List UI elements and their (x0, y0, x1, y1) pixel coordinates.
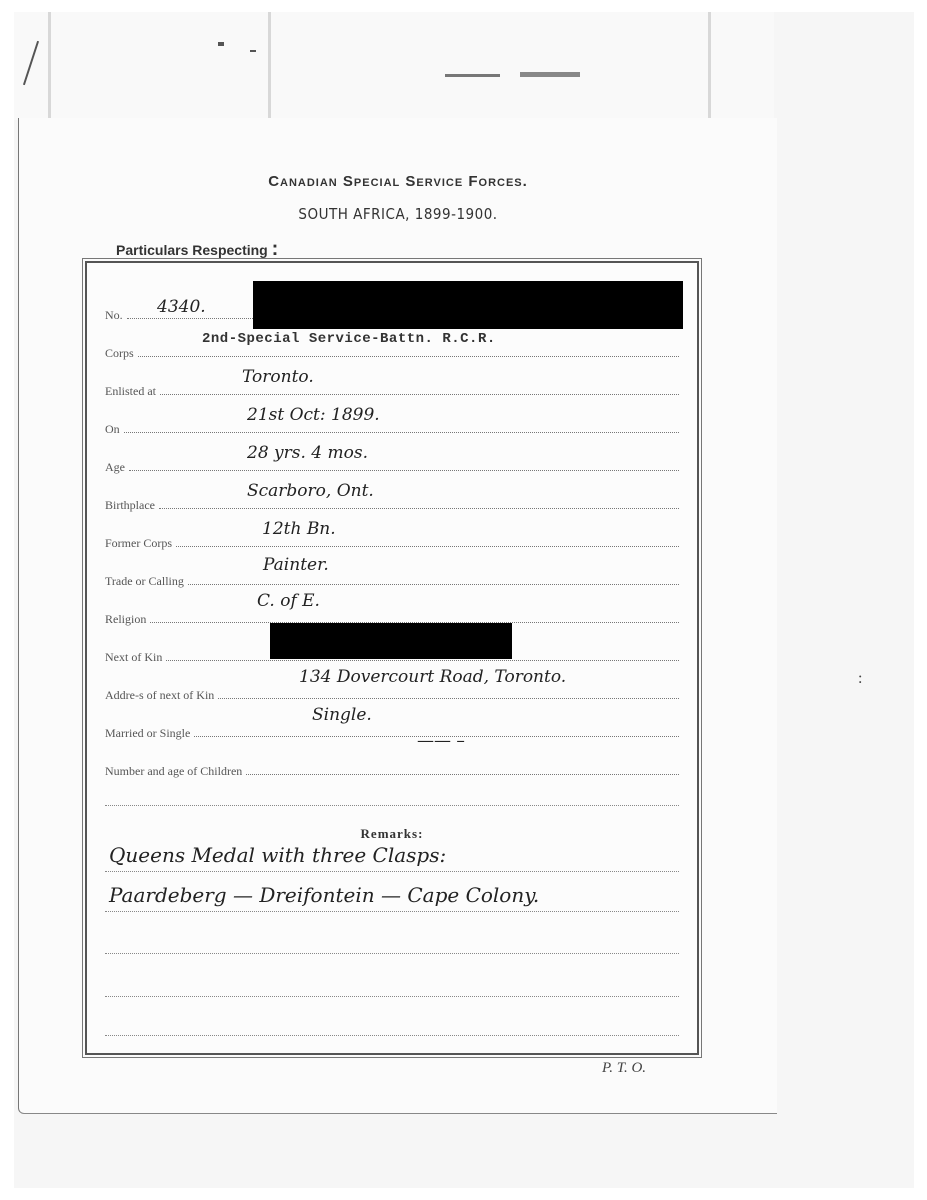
field-label: Enlisted at (105, 384, 160, 399)
remarks-line-1: Queens Medal with three Clasps: (109, 843, 446, 867)
ruled-line (105, 805, 679, 806)
field-label: Corps (105, 346, 138, 361)
ruled-line (105, 871, 679, 872)
ink-spot (218, 42, 224, 46)
ruled-line (105, 953, 679, 954)
fold-line (48, 12, 51, 118)
enlisted-at-value: Toronto. (242, 367, 314, 387)
redaction-bar (253, 281, 683, 329)
bleed-through (445, 74, 500, 77)
field-row-birthplace: Birthplace (105, 491, 679, 513)
ruled-line (105, 1035, 679, 1036)
form-title: Canadian Special Service Forces. (19, 173, 777, 190)
particulars-label: Particulars Respecting (116, 242, 268, 258)
ink-spot (250, 50, 256, 52)
bleed-through (520, 72, 580, 77)
remarks-heading: Remarks: (87, 826, 697, 842)
particulars-colon: : (272, 238, 279, 260)
field-label: Religion (105, 612, 150, 627)
field-row-enlisted-at: Enlisted at (105, 377, 679, 399)
fold-line (708, 12, 711, 118)
field-label: Birthplace (105, 498, 159, 513)
religion-value: C. of E. (257, 591, 320, 611)
field-label: Addre-s of next of Kin (105, 688, 218, 703)
ruled-line (105, 911, 679, 912)
field-row-former-corps: Former Corps (105, 529, 679, 551)
field-row-trade: Trade or Calling (105, 567, 679, 589)
ruled-line (105, 996, 679, 997)
attestation-form-sheet: Canadian Special Service Forces. SOUTH A… (18, 118, 777, 1114)
fold-line (268, 12, 271, 118)
margin-mark: : (858, 670, 862, 688)
form-subtitle: SOUTH AFRICA, 1899-1900. (19, 205, 777, 223)
back-sheet (14, 12, 774, 120)
please-turn-over: P. T. O. (602, 1060, 646, 1077)
field-row-on: On (105, 415, 679, 437)
particulars-heading: Particulars Respecting : (116, 238, 278, 261)
field-row-marital-status: Married or Single (105, 719, 679, 741)
marital-status-value: Single. (312, 705, 372, 725)
field-label: Former Corps (105, 536, 176, 551)
particulars-form: No. 4340. Corps 2nd-Special Service-Batt… (85, 261, 699, 1055)
field-label: Married or Single (105, 726, 194, 741)
field-label: Trade or Calling (105, 574, 188, 589)
corps-value: 2nd-Special Service-Battn. R.C.R. (202, 331, 496, 347)
field-label: On (105, 422, 124, 437)
age-value: 28 yrs. 4 mos. (247, 443, 368, 463)
former-corps-value: 12th Bn. (262, 519, 336, 539)
field-label: No. (105, 308, 127, 323)
field-label: Next of Kin (105, 650, 166, 665)
redaction-bar (270, 623, 512, 659)
service-number: 4340. (157, 297, 206, 317)
field-row-age: Age (105, 453, 679, 475)
address-value: 134 Dovercourt Road, Toronto. (299, 667, 566, 687)
enlistment-date-value: 21st Oct: 1899. (247, 405, 380, 425)
trade-value: Painter. (263, 555, 329, 575)
children-value: —— – (417, 731, 465, 751)
field-label: Number and age of Children (105, 764, 246, 779)
birthplace-value: Scarboro, Ont. (247, 481, 374, 501)
field-label: Age (105, 460, 129, 475)
field-row-children: Number and age of Children (105, 757, 679, 779)
remarks-line-2: Paardeberg — Dreifontein — Cape Colony. (109, 883, 539, 907)
